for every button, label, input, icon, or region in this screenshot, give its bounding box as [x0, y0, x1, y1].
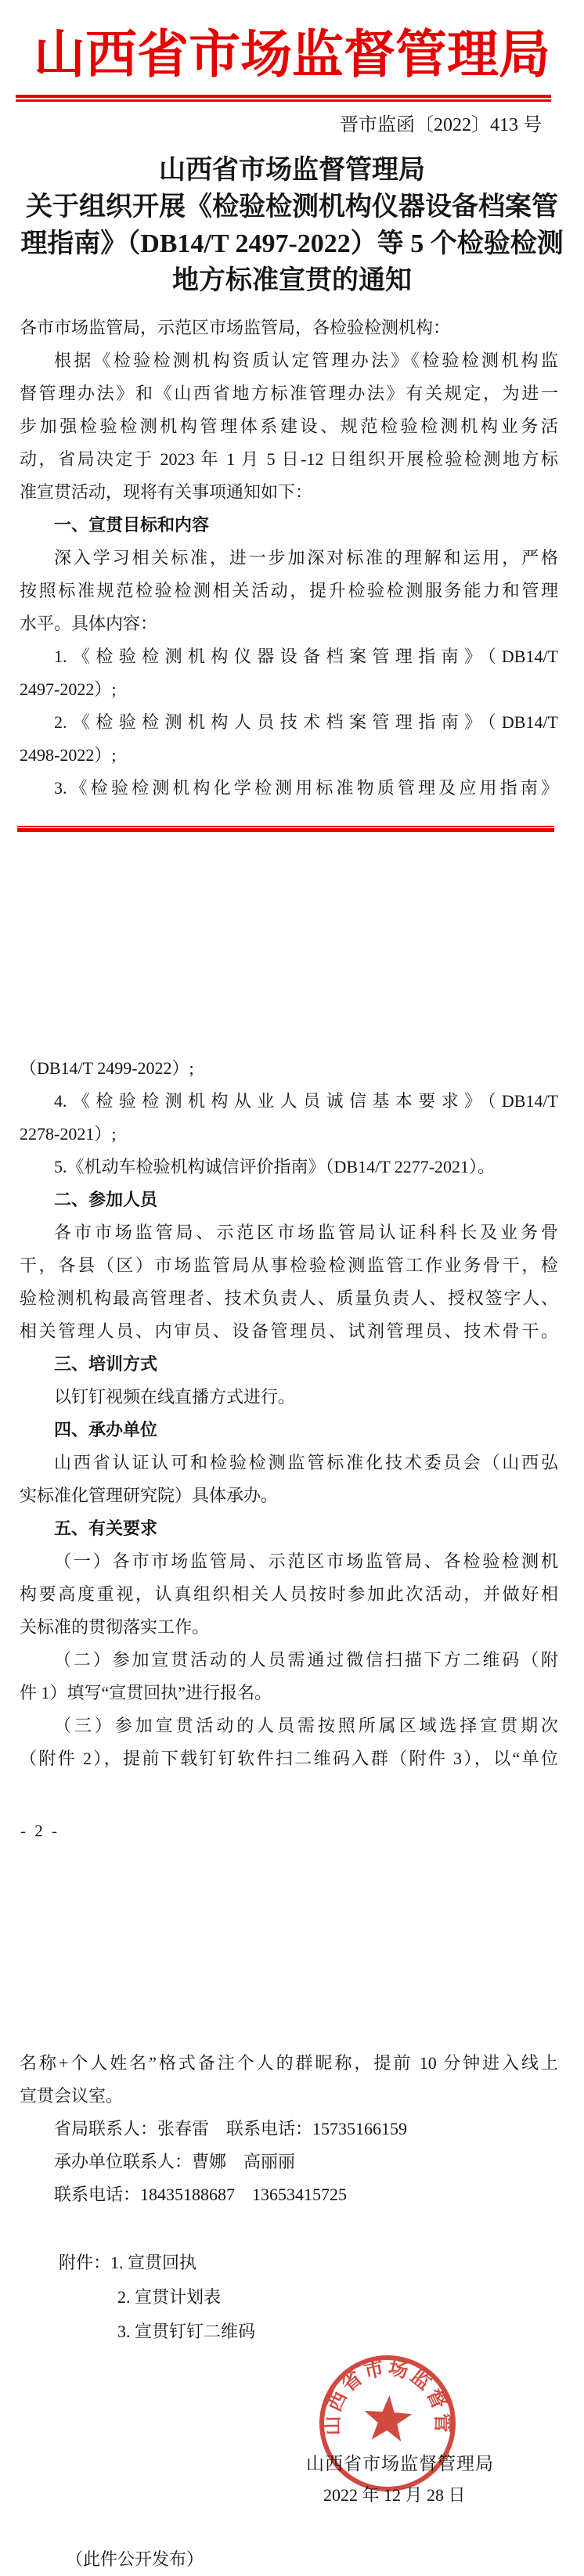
- rule-thin-line: [16, 99, 551, 102]
- page-number: - 2 -: [20, 1821, 59, 1841]
- body-line: 二、参加人员: [20, 1184, 558, 1216]
- body-line: 水平。具体内容：: [20, 607, 558, 640]
- body-text-page2: （DB14/T 2499-2022）;4.《检验检测机构从业人员诚信基本要求》（…: [20, 1052, 558, 1775]
- body-line: 实标准化管理研究院）具体承办。: [20, 1479, 558, 1512]
- body-line: 构要高度重视，认真组织相关人员按时参加此次活动，并做好相: [20, 1578, 558, 1611]
- letterhead-agency-title: 山西省市场监督管理局: [0, 23, 584, 88]
- body-line: 以钉钉视频在线直播方式进行。: [20, 1381, 558, 1414]
- rule-thin-line: [17, 826, 554, 827]
- body-line: 2.《检验检测机构人员技术档案管理指南》（DB14/T: [20, 706, 558, 739]
- body-line: 承办单位联系人：曹娜 高丽丽: [20, 2145, 558, 2178]
- document-title: 山西省市场监督管理局关于组织开展《检验检测机构仪器设备档案管理指南》（DB14/…: [0, 152, 584, 299]
- page-break-red-rule: [17, 826, 554, 832]
- letterhead-red-rule: [16, 95, 551, 102]
- body-line: 4.《检验检测机构从业人员诚信基本要求》（DB14/T: [20, 1085, 558, 1118]
- body-line: 各市市场监管局，示范区市场监管局，各检验检测机构：: [20, 312, 558, 344]
- body-line: 步加强检验检测机构管理体系建设、规范检验检测机构业务活: [20, 410, 558, 443]
- body-line: 三、培训方式: [20, 1348, 558, 1381]
- document-number: 晋市监函〔2022〕413 号: [340, 114, 542, 136]
- body-line: 干，各县（区）市场监管局从事检验检测监管工作业务骨干，检: [20, 1249, 558, 1282]
- body-line: 名称+个人姓名”格式备注个人的群昵称，提前 10 分钟进入线上: [20, 2047, 558, 2080]
- attachment-line: 3. 宣贯钉钉二维码: [20, 2315, 558, 2349]
- body-line: 宣贯会议室。: [20, 2080, 558, 2113]
- body-text-page1: 各市市场监管局，示范区市场监管局，各检验检测机构：根据《检验检测机构资质认定管理…: [20, 312, 558, 805]
- body-line: 动，省局决定于 2023 年 1 月 5 日-12 日组织开展检验检测地方标: [20, 443, 558, 476]
- signing-date: 2022 年 12 月 28 日: [323, 2482, 466, 2506]
- public-release-note: （此件公开发布）: [66, 2546, 204, 2571]
- body-line: 根据《检验检测机构资质认定管理办法》《检验检测机构监: [20, 344, 558, 377]
- document-title-line: 山西省市场监督管理局: [0, 152, 584, 189]
- body-line: 2278-2021）;: [20, 1118, 558, 1151]
- body-line: （附件 2），提前下载钉钉软件扫二维码入群（附件 3），以“单位: [20, 1742, 558, 1775]
- body-line: 山西省认证认可和检验检测监管标准化技术委员会（山西弘: [20, 1447, 558, 1479]
- body-line: 验检测机构最高管理者、技术负责人、质量负责人、授权签字人、: [20, 1282, 558, 1315]
- body-line: 按照标准规范检验检测相关活动，提升检验检测服务能力和管理: [20, 575, 558, 607]
- body-text-page3: 名称+个人姓名”格式备注个人的群昵称，提前 10 分钟进入线上宣贯会议室。省局联…: [20, 2047, 558, 2211]
- body-line: 五、有关要求: [20, 1512, 558, 1545]
- attachment-line: 附件：1. 宣贯回执: [20, 2246, 558, 2280]
- document-title-line: 关于组织开展《检验检测机构仪器设备档案管: [0, 189, 584, 225]
- body-line: 件 1）填写“宣贯回执”进行报名。: [20, 1677, 558, 1710]
- body-line: 1.《检验检测机构仪器设备档案管理指南》（DB14/T: [20, 640, 558, 673]
- rule-thick-line: [17, 828, 554, 832]
- body-line: 一、宣贯目标和内容: [20, 509, 558, 542]
- attachments-list: 附件：1. 宣贯回执2. 宣贯计划表3. 宣贯钉钉二维码: [20, 2246, 558, 2349]
- attachment-line: 2. 宣贯计划表: [20, 2280, 558, 2315]
- body-line: （二）参加宣贯活动的人员需通过微信扫描下方二维码（附: [20, 1644, 558, 1677]
- document-title-line: 理指南》（DB14/T 2497-2022）等 5 个检验检测: [0, 225, 584, 262]
- document-page: 山西省市场监督管理局 晋市监函〔2022〕413 号 山西省市场监督管理局关于组…: [0, 0, 584, 2576]
- rule-thick-line: [16, 95, 551, 98]
- body-line: 2498-2022）;: [20, 739, 558, 772]
- body-line: 关标准的贯彻落实工作。: [20, 1611, 558, 1644]
- body-line: 5.《机动车检验机构诚信评价指南》（DB14/T 2277-2021）。: [20, 1151, 558, 1184]
- body-line: 2497-2022）;: [20, 673, 558, 706]
- body-line: 各市市场监管局、示范区市场监管局认证科科长及业务骨: [20, 1216, 558, 1249]
- seal-star-icon: [362, 2394, 413, 2442]
- body-line: （三）参加宣贯活动的人员需按照所属区域选择宣贯期次: [20, 1710, 558, 1742]
- body-line: 相关管理人员、内审员、设备管理员、试剂管理员、技术骨干。: [20, 1315, 558, 1348]
- body-line: （一）各市市场监管局、示范区市场监管局、各检验检测机: [20, 1545, 558, 1578]
- body-line: 四、承办单位: [20, 1414, 558, 1447]
- body-line: 深入学习相关标准，进一步加深对标准的理解和运用，严格: [20, 542, 558, 575]
- body-line: 联系电话：18435188687 13653415725: [20, 2178, 558, 2211]
- body-line: 3.《检验检测机构化学检测用标准物质管理及应用指南》: [20, 772, 558, 805]
- body-line: 省局联系人：张春雷 联系电话：15735166159: [20, 2113, 558, 2145]
- signing-agency: 山西省市场监督管理局: [306, 2449, 502, 2475]
- document-title-line: 地方标准宣贯的通知: [0, 262, 584, 299]
- body-line: 准宣贯活动，现将有关事项通知如下：: [20, 476, 558, 509]
- body-line: （DB14/T 2499-2022）;: [20, 1052, 558, 1085]
- body-line: 督管理办法》和《山西省地方标准管理办法》有关规定，为进一: [20, 377, 558, 410]
